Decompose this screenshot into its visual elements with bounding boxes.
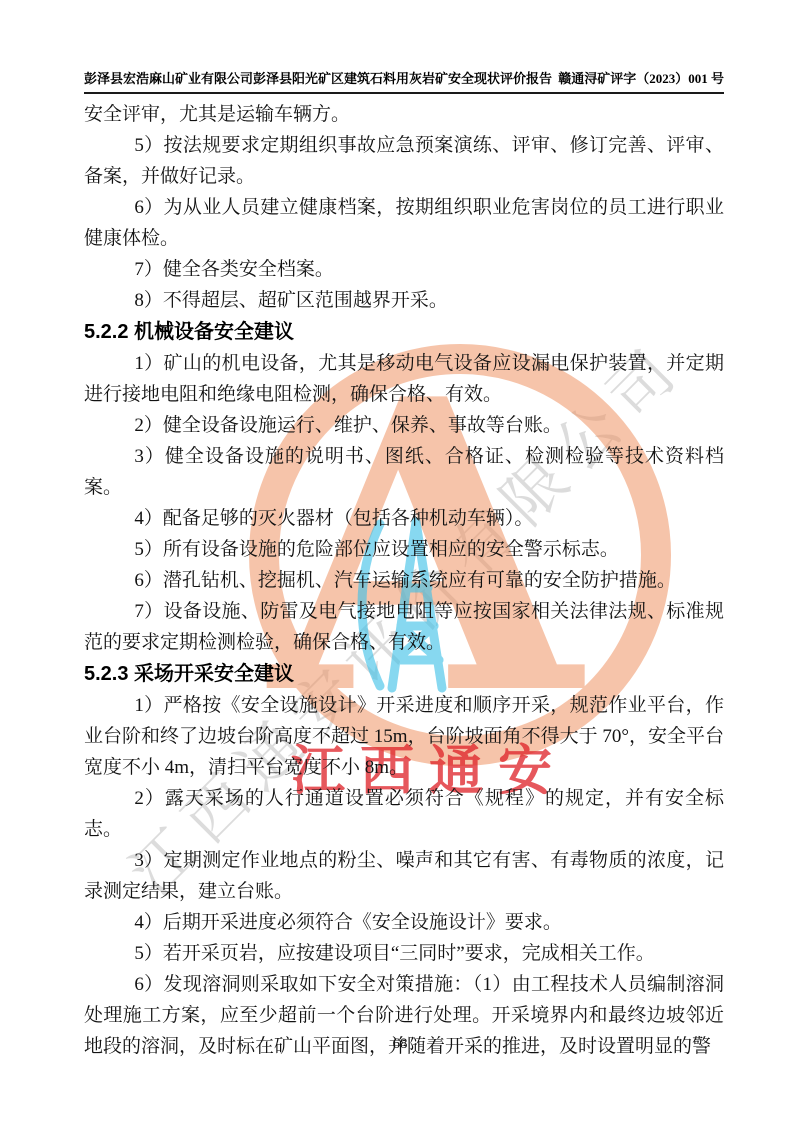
paragraph: 7）健全各类安全档案。 <box>84 254 724 285</box>
content-layer: 彭泽县宏浩麻山矿业有限公司彭泽县阳光矿区建筑石料用灰岩矿安全现状评价报告 赣通浔… <box>0 0 800 1131</box>
document-page: 江西通安评价有限公司 A 江西通安 彭泽县宏浩麻山矿业有限公司彭泽县阳光矿区建筑… <box>0 0 800 1131</box>
paragraph: 安全评审，尤其是运输车辆方。 <box>84 99 724 130</box>
paragraph: 5）按法规要求定期组织事故应急预案演练、评审、修订完善、评审、备案，并做好记录。 <box>84 130 724 192</box>
paragraph: 8）不得超层、超矿区范围越界开采。 <box>84 285 724 316</box>
paragraph: 3）定期测定作业地点的粉尘、噪声和其它有害、有毒物质的浓度，记录测定结果，建立台… <box>84 845 724 907</box>
page-number: 68 <box>0 1036 800 1053</box>
paragraph: 5）若开采页岩，应按建设项目“三同时”要求，完成相关工作。 <box>84 938 724 969</box>
paragraph: 4）后期开采进度必须符合《安全设施设计》要求。 <box>84 907 724 938</box>
paragraph: 7）设备设施、防雷及电气接地电阻等应按国家相关法律法规、标准规范的要求定期检测检… <box>84 596 724 658</box>
body-text: 安全评审，尤其是运输车辆方。 5）按法规要求定期组织事故应急预案演练、评审、修订… <box>84 99 724 1062</box>
section-heading-5-2-2: 5.2.2 机械设备安全建议 <box>84 316 724 348</box>
section-heading-5-2-3: 5.2.3 采场开采安全建议 <box>84 658 724 690</box>
header-document-number: 赣通浔矿评字（2023）001 号 <box>558 68 724 87</box>
paragraph: 6）潜孔钻机、挖掘机、汽车运输系统应有可靠的安全防护措施。 <box>84 565 724 596</box>
header-report-title: 彭泽县宏浩麻山矿业有限公司彭泽县阳光矿区建筑石料用灰岩矿安全现状评价报告 <box>84 68 552 87</box>
paragraph: 2）露天采场的人行通道设置必须符合《规程》的规定，并有安全标志。 <box>84 783 724 845</box>
paragraph: 1）严格按《安全设施设计》开采进度和顺序开采，规范作业平台，作业台阶和终了边坡台… <box>84 690 724 783</box>
paragraph: 6）为从业人员建立健康档案，按期组织职业危害岗位的员工进行职业健康体检。 <box>84 192 724 254</box>
paragraph: 2）健全设备设施运行、维护、保养、事故等台账。 <box>84 410 724 441</box>
page-header: 彭泽县宏浩麻山矿业有限公司彭泽县阳光矿区建筑石料用灰岩矿安全现状评价报告 赣通浔… <box>84 68 724 94</box>
paragraph: 4）配备足够的灭火器材（包括各种机动车辆）。 <box>84 503 724 534</box>
paragraph: 1）矿山的机电设备，尤其是移动电气设备应设漏电保护装置，并定期进行接地电阻和绝缘… <box>84 348 724 410</box>
paragraph: 3）健全设备设施的说明书、图纸、合格证、检测检验等技术资料档案。 <box>84 441 724 503</box>
paragraph: 5）所有设备设施的危险部位应设置相应的安全警示标志。 <box>84 534 724 565</box>
